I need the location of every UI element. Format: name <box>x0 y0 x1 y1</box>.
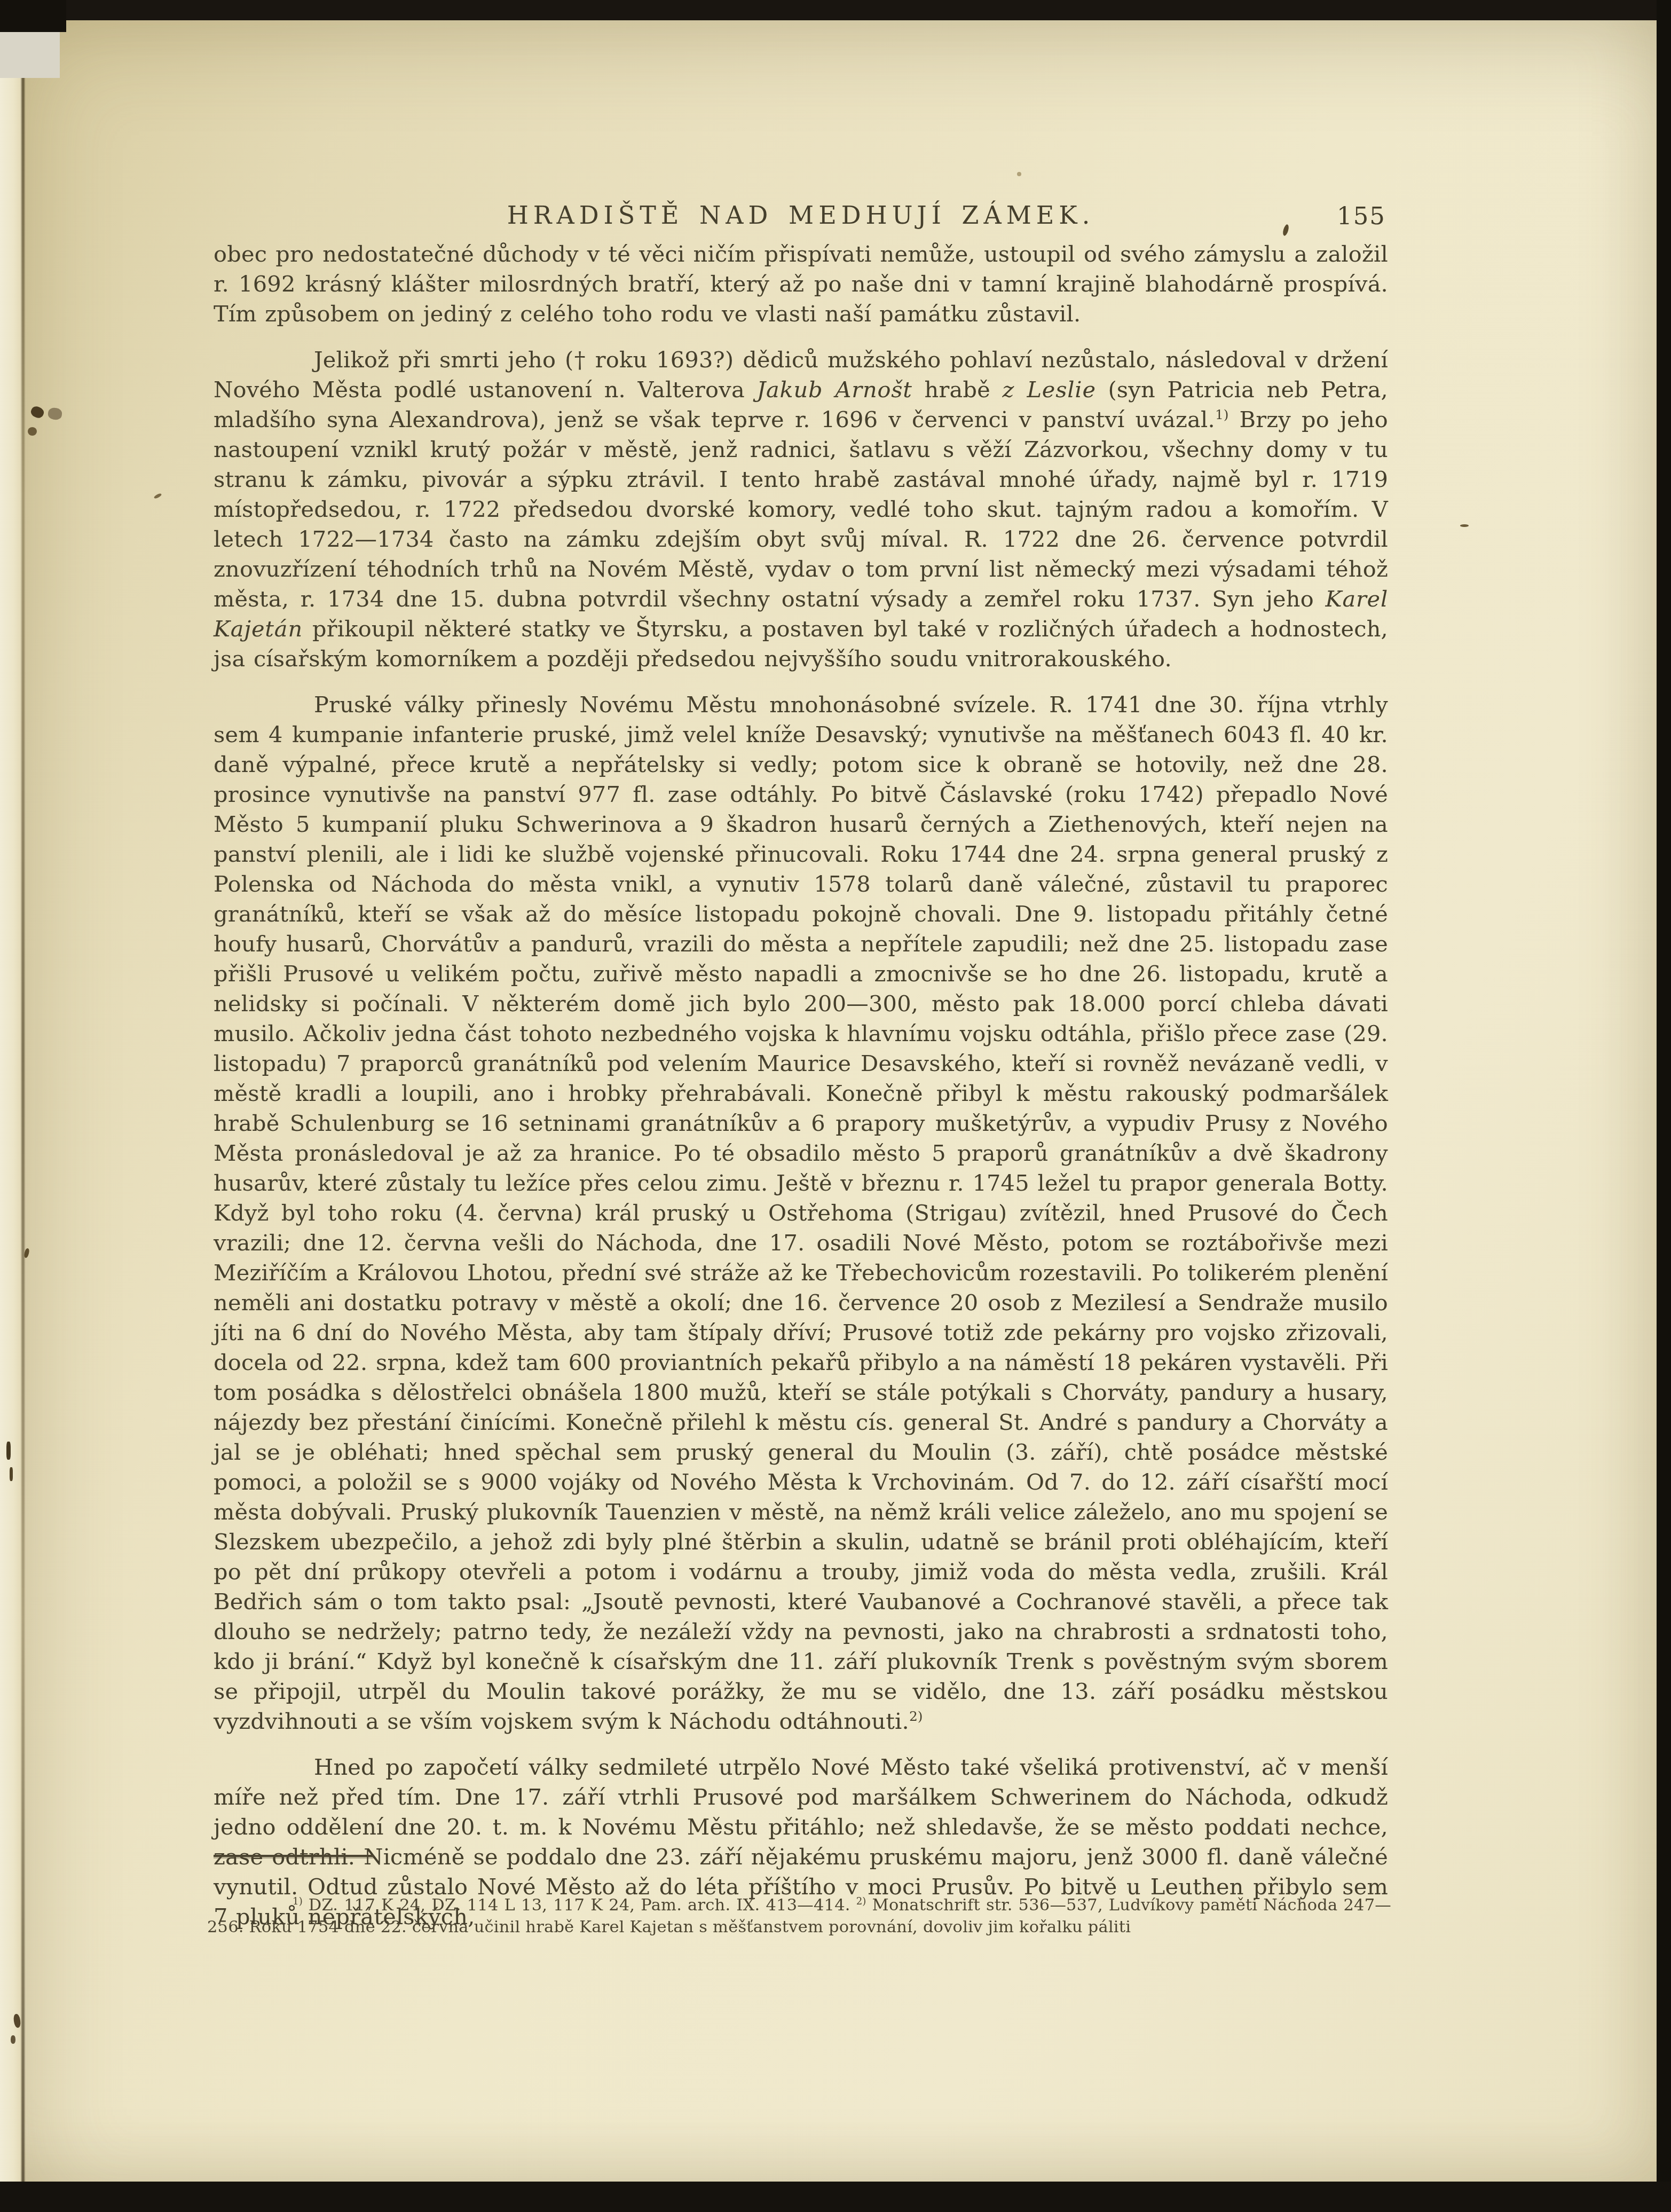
scan-background-bottom <box>0 2182 1671 2212</box>
text-segment-italic: Jakub Arnošt <box>756 376 912 403</box>
scan-edge-notch <box>0 31 60 78</box>
paragraph: Jelikož při smrti jeho († roku 1693?) dě… <box>214 345 1388 674</box>
running-head-title: HRADIŠTĚ NAD MEDHUJÍ ZÁMEK. <box>214 201 1388 230</box>
text-segment: obec pro nedostatečné důchody v té věci … <box>214 241 1388 327</box>
footnote: 1) DZ. 117 K 24, DZ. 114 L 13, 117 K 24,… <box>207 1894 1391 1938</box>
ink-speck <box>11 2035 15 2044</box>
gutter-crease-line <box>21 19 25 2183</box>
text-segment-sup: 2) <box>909 1709 923 1724</box>
text-segment-sup: 1) <box>1215 407 1229 422</box>
scan-background-corner <box>0 0 66 32</box>
text-segment-italic: z Leslie <box>1003 376 1096 403</box>
ink-speck <box>6 1442 11 1460</box>
body-text: obec pro nedostatečné důchody v té věci … <box>214 239 1388 1932</box>
page-number: 155 <box>1337 202 1386 230</box>
text-segment-sup: 2) <box>856 1896 866 1907</box>
ink-speck <box>1017 172 1021 176</box>
text-segment: přikoupil některé statky ve Štyrsku, a p… <box>214 616 1388 672</box>
scan-canvas: { "colors": { "paper": "#efe8ca", "ink":… <box>0 0 1671 2212</box>
scan-background-top <box>0 0 1671 20</box>
scan-background-right <box>1657 0 1671 2212</box>
text-segment: Brzy po jeho nastoupení vznikl krutý pož… <box>214 406 1388 612</box>
ink-speck <box>10 1467 13 1481</box>
text-segment: DZ. 117 K 24, DZ. 114 L 13, 117 K 24, Pa… <box>303 1896 856 1915</box>
text-segment: Pruské války přinesly Novému Městu mnoho… <box>214 691 1388 1734</box>
page-header: HRADIŠTĚ NAD MEDHUJÍ ZÁMEK. 155 <box>214 201 1388 230</box>
paragraph: Pruské války přinesly Novému Městu mnoho… <box>214 690 1388 1736</box>
page-gutter-edge <box>0 19 22 2183</box>
text-segment-sup: 1) <box>293 1896 303 1907</box>
text-segment: hrabě <box>912 376 1003 403</box>
ink-speck <box>28 427 37 436</box>
footnote-rule <box>214 1855 374 1857</box>
paragraph: obec pro nedostatečné důchody v té věci … <box>214 239 1388 329</box>
ink-speck <box>1460 524 1469 527</box>
